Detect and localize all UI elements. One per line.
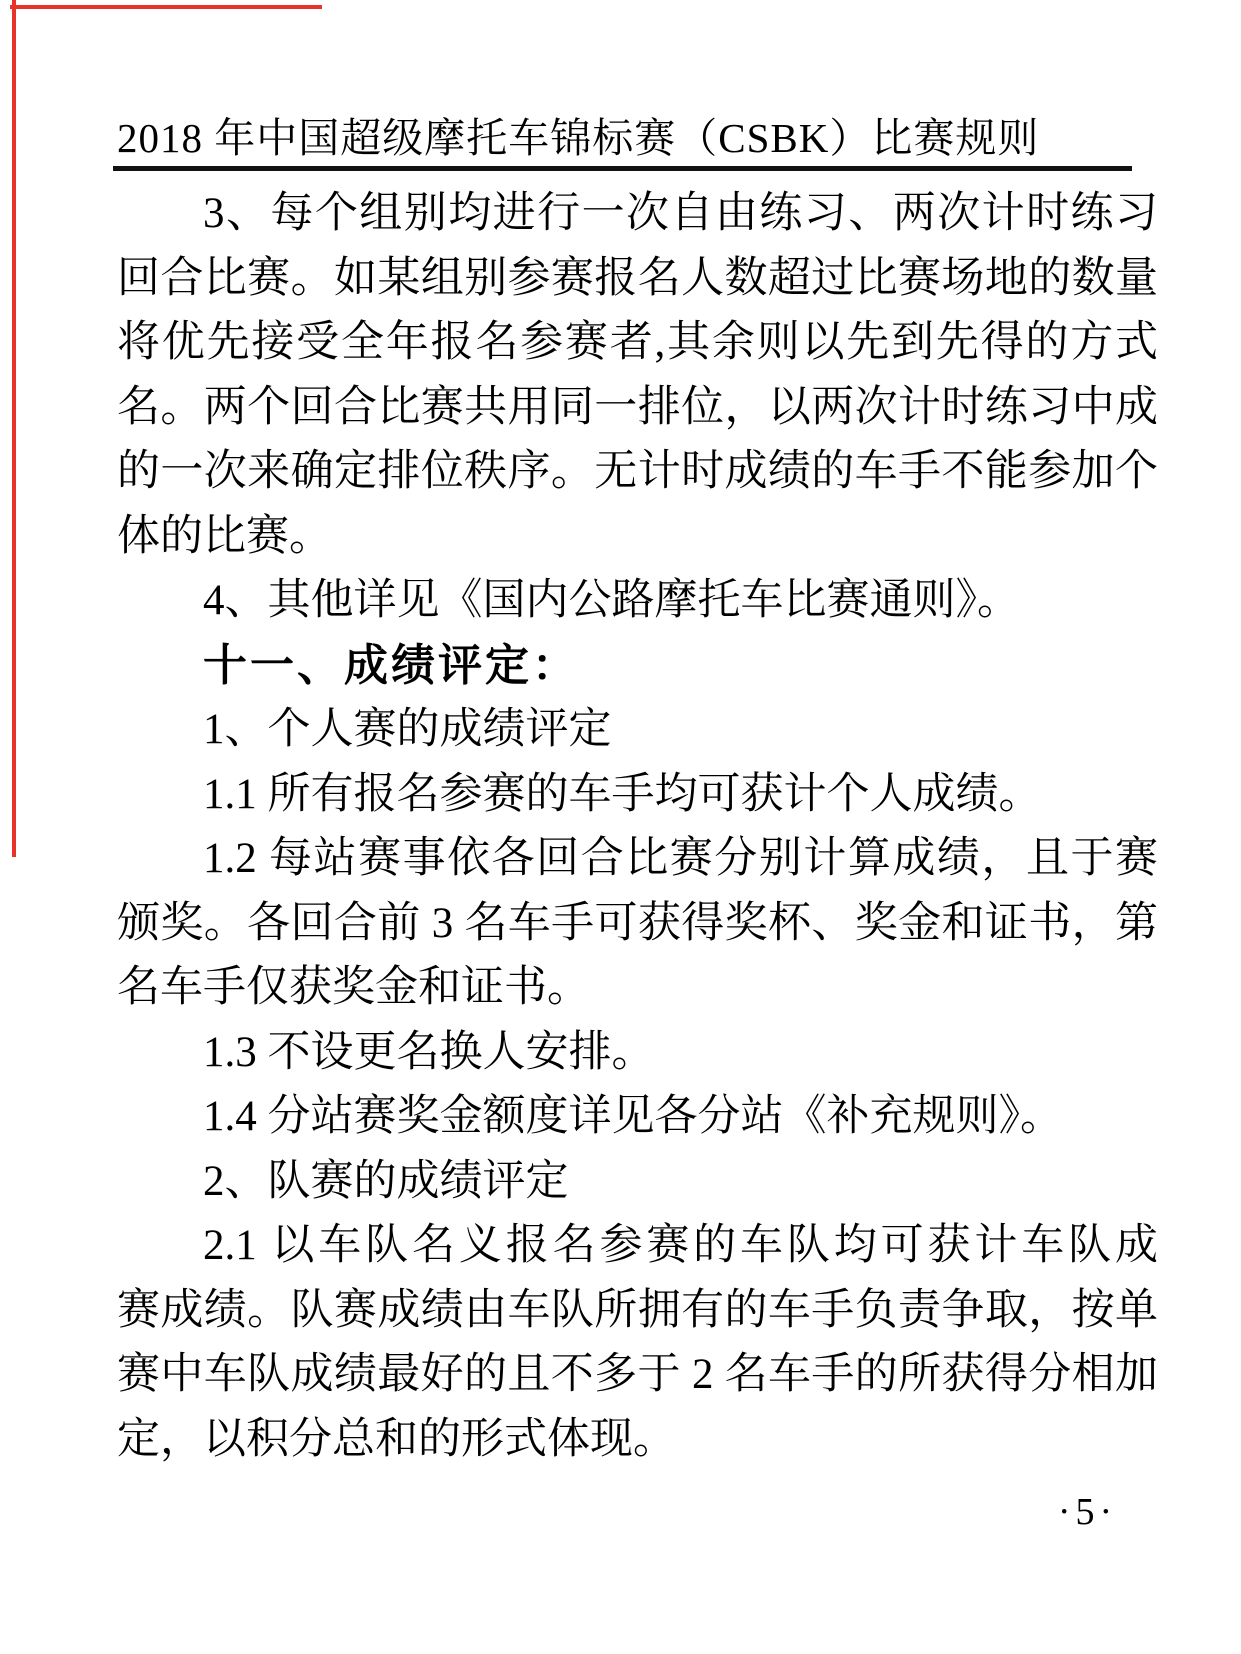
body-line: 体的比赛。 <box>117 505 1158 570</box>
document-page: 2018 年中国超级摩托车锦标赛（CSBK）比赛规则 3、每个组别均进行一次自由… <box>0 0 1241 1654</box>
body-line: 赛中车队成绩最好的且不多于 2 名车手的所获得分相加来确 <box>117 1343 1158 1408</box>
body-line: 1.2 每站赛事依各回合比赛分别计算成绩，且于赛后即时 <box>117 827 1158 892</box>
left-margin-red-line <box>12 0 16 857</box>
top-margin-red-line <box>10 5 322 9</box>
body-line: 1.4 分站赛奖金额度详见各分站《补充规则》。 <box>117 1085 1158 1150</box>
document-body: 3、每个组别均进行一次自由练习、两次计时练习和两个回合比赛。如某组别参赛报名人数… <box>117 182 1158 1472</box>
body-line: 2.1 以车队名义报名参赛的车队均可获计车队成绩，即队 <box>117 1214 1158 1279</box>
body-line: 4、其他详见《国内公路摩托车比赛通则》。 <box>117 569 1158 634</box>
body-line: 颁奖。各回合前 3 名车手可获得奖杯、奖金和证书，第 4、5 <box>117 892 1158 957</box>
body-line: 名。两个回合比赛共用同一排位，以两次计时练习中成绩最好 <box>117 376 1158 441</box>
body-line: 赛成绩。队赛成绩由车队所拥有的车手负责争取，按单回合比 <box>117 1279 1158 1344</box>
body-line: 2、队赛的成绩评定 <box>117 1150 1158 1215</box>
header-rule-divider <box>113 166 1132 171</box>
page-number: ·5· <box>1040 1490 1135 1534</box>
body-line: 定，以积分总和的形式体现。 <box>117 1408 1158 1473</box>
body-line: 3、每个组别均进行一次自由练习、两次计时练习和两个 <box>117 182 1158 247</box>
body-line: 将优先接受全年报名参赛者,其余则以先到先得的方式接受报 <box>117 311 1158 376</box>
body-line: 名车手仅获奖金和证书。 <box>117 956 1158 1021</box>
body-line: 1.1 所有报名参赛的车手均可获计个人成绩。 <box>117 763 1158 828</box>
body-line: 回合比赛。如某组别参赛报名人数超过比赛场地的数量限制， <box>117 247 1158 312</box>
body-line: 1、个人赛的成绩评定 <box>117 698 1158 763</box>
body-line: 1.3 不设更名换人安排。 <box>117 1021 1158 1086</box>
body-line: 十一、成绩评定： <box>117 634 1158 699</box>
body-line: 的一次来确定排位秩序。无计时成绩的车手不能参加个人和团 <box>117 440 1158 505</box>
page-header-title: 2018 年中国超级摩托车锦标赛（CSBK）比赛规则 <box>117 112 1039 164</box>
